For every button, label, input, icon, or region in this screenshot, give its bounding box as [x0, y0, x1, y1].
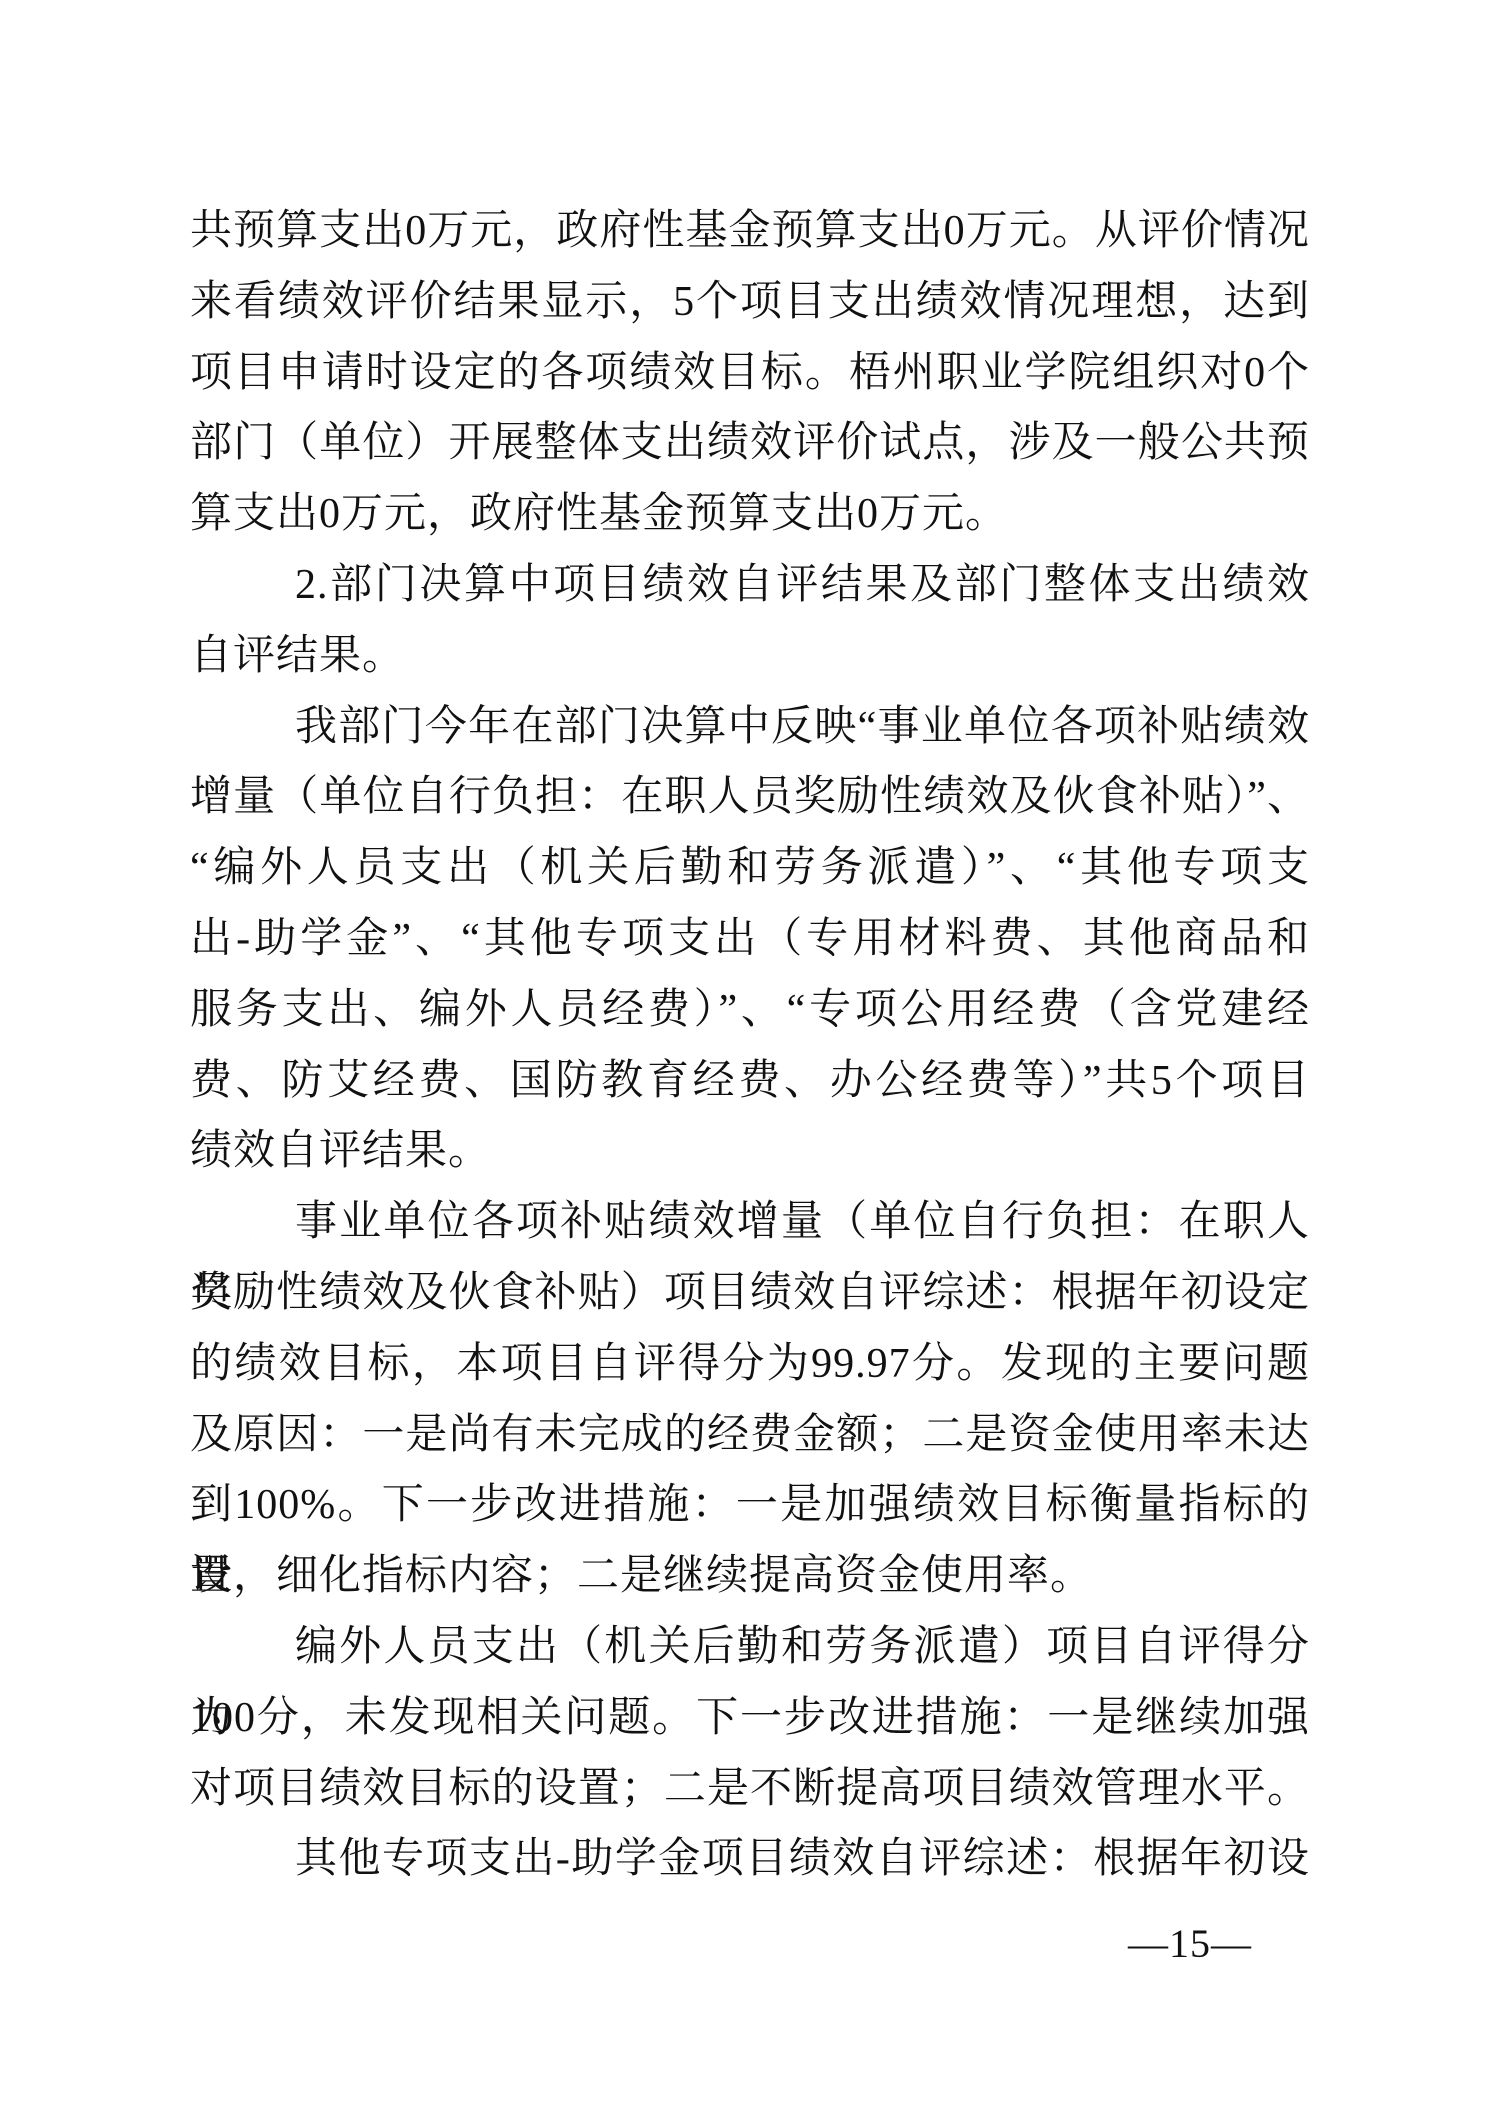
document-page: 共预算支出0万元，政府性基金预算支出0万元。从评价情况 来看绩效评价结果显示，5…: [0, 0, 1500, 2121]
text-line: 项目申请时设定的各项绩效目标。梧州职业学院组织对0个: [190, 338, 1310, 409]
text-line: 的绩效目标，本项目自评得分为99.97分。发现的主要问题: [190, 1329, 1310, 1400]
text-line: 奖励性绩效及伙食补贴）项目绩效自评综述：根据年初设定: [190, 1258, 1310, 1329]
text-line: 绩效自评结果。: [190, 1116, 1310, 1187]
text-line: 我部门今年在部门决算中反映“事业单位各项补贴绩效: [190, 692, 1310, 763]
text-line: 共预算支出0万元，政府性基金预算支出0万元。从评价情况: [190, 196, 1310, 267]
text-line: 及原因：一是尚有未完成的经费金额；二是资金使用率未达: [190, 1400, 1310, 1471]
page-number: —15—: [1128, 1922, 1252, 1966]
text-line: 出-助学金”、“其他专项支出（专用材料费、其他商品和: [190, 904, 1310, 975]
text-line: “编外人员支出（机关后勤和劳务派遣）”、“其他专项支: [190, 833, 1310, 904]
text-line: 增量（单位自行负担：在职人员奖励性绩效及伙食补贴）”、: [190, 762, 1310, 833]
text-line: 算支出0万元，政府性基金预算支出0万元。: [190, 479, 1310, 550]
text-line: 100分，未发现相关问题。下一步改进措施：一是继续加强: [190, 1683, 1310, 1754]
text-line: 费、防艾经费、国防教育经费、办公经费等）”共5个项目: [190, 1046, 1310, 1117]
text-line: 自评结果。: [190, 621, 1310, 692]
text-line: 其他专项支出-助学金项目绩效自评综述：根据年初设: [190, 1824, 1310, 1895]
text-line: 2.部门决算中项目绩效自评结果及部门整体支出绩效: [190, 550, 1310, 621]
text-line: 编外人员支出（机关后勤和劳务派遣）项目自评得分为: [190, 1612, 1310, 1683]
text-line: 事业单位各项补贴绩效增量（单位自行负担：在职人员: [190, 1187, 1310, 1258]
text-line: 对项目绩效目标的设置；二是不断提高项目绩效管理水平。: [190, 1754, 1310, 1825]
document-body: 共预算支出0万元，政府性基金预算支出0万元。从评价情况 来看绩效评价结果显示，5…: [190, 196, 1310, 1895]
text-line: 到100%。下一步改进措施：一是加强绩效目标衡量指标的设: [190, 1470, 1310, 1541]
text-line: 服务支出、编外人员经费）”、“专项公用经费（含党建经: [190, 975, 1310, 1046]
text-line: 来看绩效评价结果显示，5个项目支出绩效情况理想，达到: [190, 267, 1310, 338]
text-line: 置，细化指标内容；二是继续提高资金使用率。: [190, 1541, 1310, 1612]
text-line: 部门（单位）开展整体支出绩效评价试点，涉及一般公共预: [190, 408, 1310, 479]
